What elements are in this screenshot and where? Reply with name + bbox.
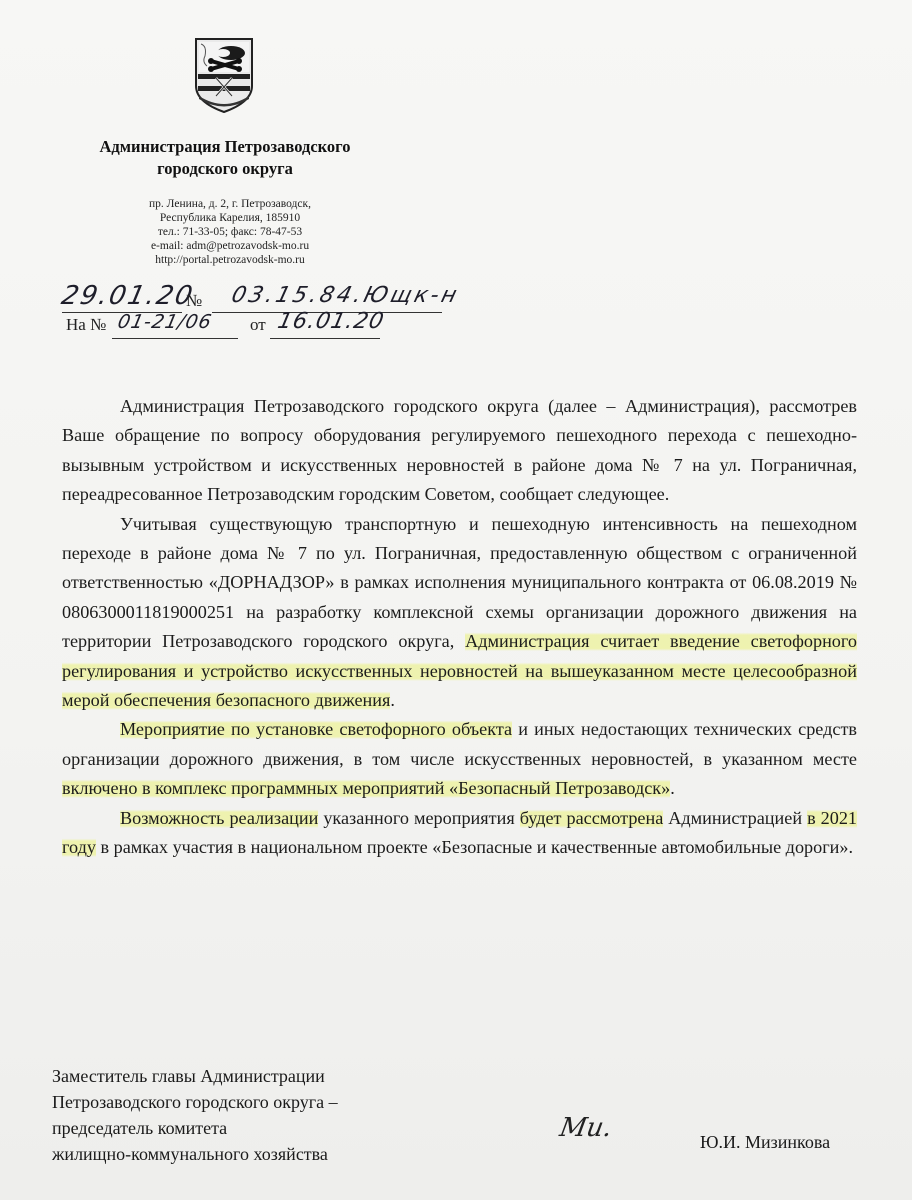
address-street: пр. Ленина, д. 2, г. Петрозаводск, [100, 197, 360, 211]
p3-highlight-1: Мероприятие по установке светофорного об… [120, 719, 512, 739]
org-name-line-2: городского округа [60, 158, 390, 180]
paragraph-3: Мероприятие по установке светофорного об… [62, 715, 857, 803]
reply-date-label: от [250, 315, 266, 335]
outgoing-number: 03.15.84.Ющк-н [229, 283, 462, 308]
reply-date: 16.01.20 [275, 309, 386, 334]
reply-to-label: На № [66, 315, 106, 335]
signer-title-line-4: жилищно-коммунального хозяйства [52, 1141, 452, 1167]
reply-date-underline [270, 338, 380, 339]
number-sign-label: № [186, 291, 202, 311]
p1-text: Администрация Петрозаводского городского… [62, 396, 857, 504]
p4-text-1: указанного мероприятия [318, 808, 519, 828]
signer-title-line-2: Петрозаводского городского округа – [52, 1089, 452, 1115]
address-email: e-mail: adm@petrozavodsk-mo.ru [100, 239, 360, 253]
p4-highlight-2: будет рассмотрена [520, 808, 664, 828]
p3-highlight-2: включено в комплекс программных мероприя… [62, 778, 670, 798]
p4-text-3: в рамках участия в национальном проекте … [96, 837, 853, 857]
p4-highlight-1: Возможность реализации [120, 808, 318, 828]
paragraph-4: Возможность реализации указанного меропр… [62, 804, 857, 863]
address-region: Республика Карелия, 185910 [100, 211, 360, 225]
paragraph-2: Учитывая существующую транспортную и пеш… [62, 510, 857, 716]
reply-number-underline [112, 338, 238, 339]
organization-name: Администрация Петрозаводского городского… [60, 136, 390, 180]
handwritten-signature: Mи. [557, 1113, 614, 1143]
reply-to-number: 01-21/06 [116, 311, 214, 333]
p4-text-2: Администрацией [663, 808, 807, 828]
p2-end: . [390, 690, 395, 710]
org-address-block: пр. Ленина, д. 2, г. Петрозаводск, Респу… [100, 197, 360, 267]
signer-title-line-3: председатель комитета [52, 1115, 452, 1141]
letter-page: Администрация Петрозаводского городского… [0, 0, 912, 1200]
signer-name: Ю.И. Мизинкова [700, 1132, 830, 1153]
paragraph-1: Администрация Петрозаводского городского… [62, 392, 857, 510]
outgoing-date: 29.01.20 [59, 281, 197, 311]
signer-title: Заместитель главы Администрации Петрозав… [52, 1063, 452, 1167]
signer-title-line-1: Заместитель главы Администрации [52, 1063, 452, 1089]
coat-of-arms-icon [193, 36, 255, 114]
address-phone: тел.: 71-33-05; факс: 78-47-53 [100, 225, 360, 239]
org-name-line-1: Администрация Петрозаводского [60, 136, 390, 158]
p3-end: . [670, 778, 675, 798]
address-website: http://portal.petrozavodsk-mo.ru [100, 253, 360, 267]
letter-body: Администрация Петрозаводского городского… [62, 392, 857, 863]
